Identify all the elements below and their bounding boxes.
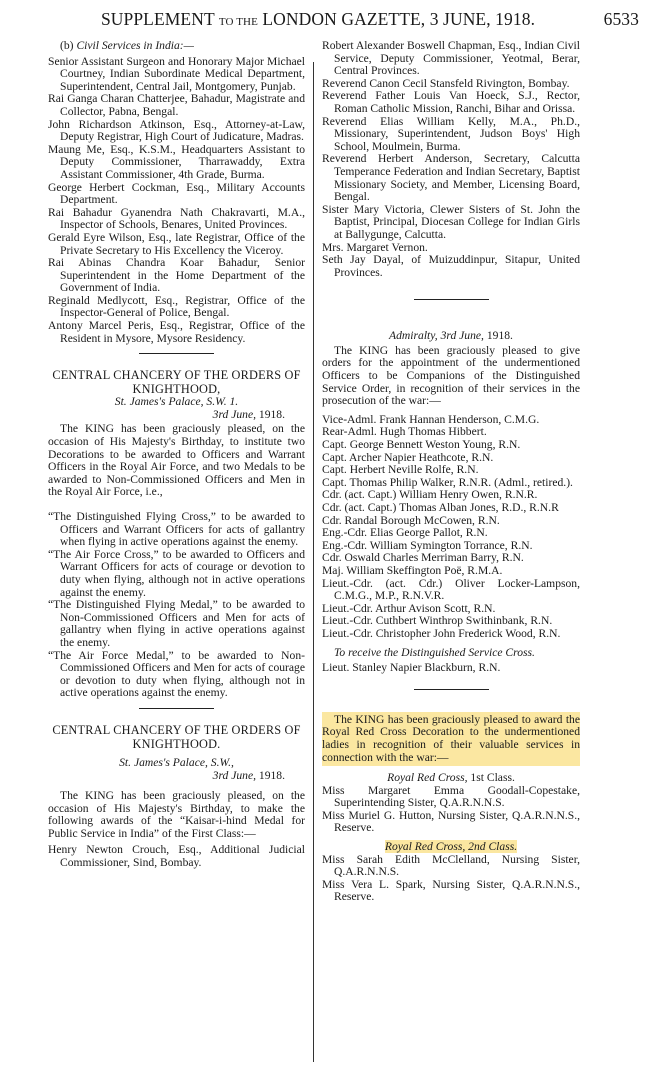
section-divider: [414, 299, 489, 300]
section-divider: [414, 689, 489, 690]
list-item: Lieut.-Cdr. (act. Cdr.) Oliver Locker-La…: [322, 578, 580, 603]
list-item: Robert Alexander Boswell Chapman, Esq., …: [322, 40, 580, 78]
admiralty-intro: The KING has been graciously pleased to …: [322, 345, 580, 408]
red-cross-intro: The KING has been graciously pleased to …: [322, 712, 580, 766]
column-divider: [313, 62, 314, 1062]
award-description: “The Distinguished Flying Cross,” to be …: [48, 511, 305, 549]
chancery-heading-1: CENTRAL CHANCERY OF THE ORDERS OF KNIGHT…: [48, 368, 305, 396]
red-cross-first-class-label: Royal Red Cross, 1st Class.: [322, 772, 580, 785]
left-column: (b) Civil Services in India:— Senior Ass…: [48, 40, 305, 870]
list-item: Rai Abinas Chandra Koar Bahadur, Senior …: [48, 257, 305, 295]
civil-services-label: (b) Civil Services in India:—: [48, 40, 305, 53]
list-item: Reverend Father Louis Van Hoeck, S.J., R…: [322, 90, 580, 115]
list-item: Cdr. (act. Capt.) Thomas Alban Jones, R.…: [322, 502, 580, 515]
list-item: Eng.-Cdr. Elias George Pallot, R.N.: [322, 527, 580, 540]
page-number: 6533: [604, 9, 639, 30]
list-item: Reginald Medlycott, Esq., Registrar, Off…: [48, 295, 305, 320]
admiralty-dateline: Admiralty, 3rd June, 1918.: [322, 330, 580, 343]
list-item: Reverend Elias William Kelly, M.A., Ph.D…: [322, 116, 580, 154]
chancery-intro-1: The KING has been graciously pleased, on…: [48, 423, 305, 499]
section-divider: [139, 353, 214, 354]
list-item: Capt. George Bennett Weston Young, R.N.: [322, 439, 580, 452]
list-item: Henry Newton Crouch, Esq., Additional Ju…: [48, 844, 305, 869]
list-item: Antony Marcel Peris, Esq., Registrar, Of…: [48, 320, 305, 345]
list-item: John Richardson Atkinson, Esq., Attorney…: [48, 119, 305, 144]
list-item: George Herbert Cockman, Esq., Military A…: [48, 182, 305, 207]
red-cross-second-class-label: Royal Red Cross, 2nd Class.: [322, 841, 580, 854]
list-item: Maung Me, Esq., K.S.M., Headquarters Ass…: [48, 144, 305, 182]
list-item: Rai Ganga Charan Chatterjee, Bahadur, Ma…: [48, 93, 305, 118]
list-item: Gerald Eyre Wilson, Esq., late Registrar…: [48, 232, 305, 257]
list-item: Miss Margaret Emma Goodall-Copestake, Su…: [322, 785, 580, 810]
dsc-label: To receive the Distinguished Service Cro…: [322, 647, 580, 660]
list-item: Lieut.-Cdr. Christopher John Frederick W…: [322, 628, 580, 641]
list-item: Senior Assistant Surgeon and Honorary Ma…: [48, 56, 305, 94]
page-header: SUPPLEMENT TO THE LONDON GAZETTE, 3 JUNE…: [0, 9, 652, 30]
list-item: Seth Jay Dayal, of Muizuddinpur, Sitapur…: [322, 254, 580, 279]
list-item: Miss Vera L. Spark, Nursing Sister, Q.A.…: [322, 879, 580, 904]
list-item: Lieut. Stanley Napier Blackburn, R.N.: [322, 662, 580, 675]
chancery-heading-2: CENTRAL CHANCERY OF THE ORDERS OF KNIGHT…: [48, 723, 305, 751]
list-item: Maj. William Skeffington Poë, R.M.A.: [322, 565, 580, 578]
list-item: Miss Sarah Edith McClelland, Nursing Sis…: [322, 854, 580, 879]
list-item: Sister Mary Victoria, Clewer Sisters of …: [322, 204, 580, 242]
award-description: “The Distinguished Flying Medal,” to be …: [48, 599, 305, 649]
chancery-intro-2: The KING has been graciously pleased, on…: [48, 790, 305, 840]
list-item: Capt. Herbert Neville Rolfe, R.N.: [322, 464, 580, 477]
list-item: Miss Muriel G. Hutton, Nursing Sister, Q…: [322, 810, 580, 835]
award-description: “The Air Force Medal,” to be awarded to …: [48, 650, 305, 700]
right-column: Robert Alexander Boswell Chapman, Esq., …: [322, 40, 580, 904]
gazette-title: SUPPLEMENT TO THE LONDON GAZETTE, 3 JUNE…: [101, 9, 535, 29]
list-item: Reverend Herbert Anderson, Secretary, Ca…: [322, 153, 580, 203]
section-divider: [139, 708, 214, 709]
chancery-date-1: 3rd June, 1918.: [48, 409, 305, 422]
list-item: Rai Bahadur Gyanendra Nath Chakravarti, …: [48, 207, 305, 232]
chancery-date-2: 3rd June, 1918.: [48, 770, 305, 783]
award-description: “The Air Force Cross,” to be awarded to …: [48, 549, 305, 599]
